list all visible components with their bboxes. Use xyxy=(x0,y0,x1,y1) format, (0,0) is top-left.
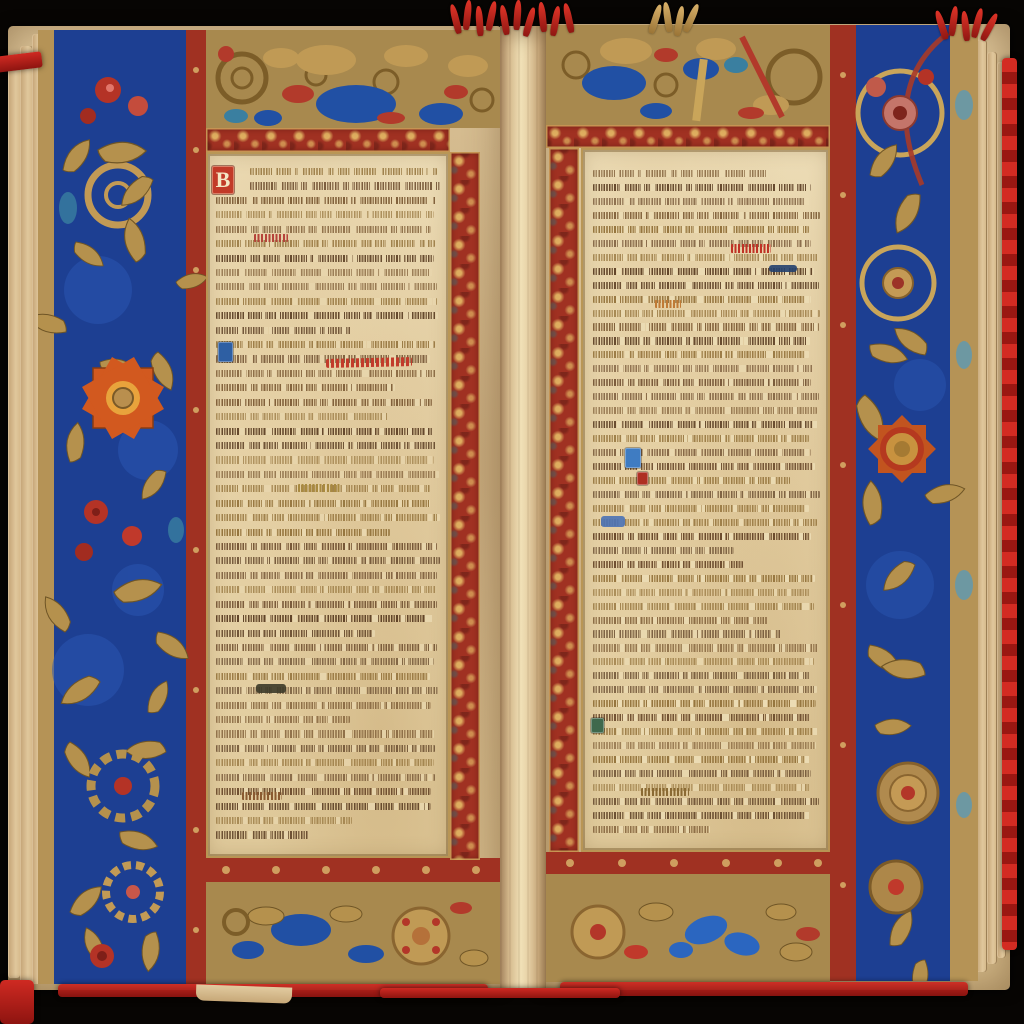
text-line xyxy=(593,686,817,693)
text-line xyxy=(216,413,388,420)
text-line xyxy=(216,759,434,766)
text-line xyxy=(593,407,817,414)
text-line xyxy=(593,644,818,651)
text-line xyxy=(593,421,818,428)
red-fringe-tassels xyxy=(936,6,1006,52)
text-line xyxy=(216,283,437,290)
text-line xyxy=(593,351,809,358)
text-line xyxy=(216,298,437,305)
left-floral-border xyxy=(38,30,206,984)
text-line xyxy=(593,672,810,679)
text-line xyxy=(216,471,439,478)
text-line xyxy=(593,477,790,484)
text-line xyxy=(593,379,811,386)
text-line xyxy=(216,774,435,781)
text-line xyxy=(593,337,810,344)
text-line xyxy=(593,365,813,372)
red-scroll-row-right xyxy=(546,125,830,148)
text-line xyxy=(593,575,815,582)
text-line xyxy=(216,327,351,334)
text-line xyxy=(216,226,431,233)
decoration-square xyxy=(218,342,233,362)
text-line xyxy=(216,615,433,622)
text-line xyxy=(216,514,440,521)
decoration-word xyxy=(298,484,340,492)
decoration-word xyxy=(242,792,282,800)
red-scroll-row-left xyxy=(206,128,450,152)
text-line xyxy=(250,168,437,175)
text-line xyxy=(593,212,820,219)
scroll-band-art xyxy=(546,25,830,125)
text-line xyxy=(216,673,430,680)
text-line xyxy=(216,211,434,218)
text-line xyxy=(216,500,430,507)
text-line xyxy=(593,617,768,624)
floral-border-art xyxy=(830,25,978,981)
sun-orb-motif xyxy=(868,415,936,483)
text-line xyxy=(216,817,352,824)
text-line xyxy=(216,803,431,810)
text-line xyxy=(216,341,435,348)
decoration-blob xyxy=(601,516,625,527)
text-line xyxy=(593,589,810,596)
decoration-blob xyxy=(256,684,286,693)
text-line xyxy=(593,784,810,791)
text-line xyxy=(593,296,811,303)
text-line xyxy=(216,687,438,694)
text-line xyxy=(216,255,434,262)
text-line xyxy=(216,716,350,723)
text-line xyxy=(593,658,814,665)
text-line xyxy=(593,603,814,610)
bottom-border-left-page xyxy=(206,858,500,984)
red-cloth-sliver xyxy=(0,980,34,1024)
text-line xyxy=(593,714,810,721)
text-line xyxy=(593,630,781,637)
red-binding-cloth xyxy=(1002,58,1017,950)
text-line xyxy=(593,310,820,317)
floral-border-art xyxy=(38,30,206,984)
text-line xyxy=(593,282,819,289)
text-line xyxy=(216,240,435,247)
page-edge-stack-right xyxy=(987,52,997,964)
text-line xyxy=(593,393,819,400)
text-line xyxy=(216,572,437,579)
text-line xyxy=(593,254,818,261)
text-line xyxy=(216,543,437,550)
inner-scroll-strip-right-page xyxy=(549,148,579,852)
torn-parchment-edge xyxy=(196,984,292,1003)
text-line xyxy=(593,435,809,442)
text-line xyxy=(593,533,811,540)
gutter-fold xyxy=(500,26,546,992)
text-line xyxy=(216,601,437,608)
scroll-band-art xyxy=(206,858,500,984)
text-line xyxy=(216,269,432,276)
text-line xyxy=(216,702,431,709)
red-fringe-tassels xyxy=(448,0,588,52)
decoration-square xyxy=(591,718,604,733)
text-line xyxy=(593,226,809,233)
text-line xyxy=(250,182,441,189)
text-line xyxy=(593,700,816,707)
text-line xyxy=(216,586,436,593)
right-text-block xyxy=(581,148,830,852)
text-line xyxy=(593,826,710,833)
decoration-square xyxy=(625,448,641,468)
text-line xyxy=(216,529,390,536)
text-line xyxy=(216,730,434,737)
text-line xyxy=(216,428,433,435)
text-line xyxy=(216,312,438,319)
text-line xyxy=(593,756,810,763)
decoration-word xyxy=(641,788,689,796)
red-cloth-sliver xyxy=(560,982,968,996)
text-line xyxy=(593,812,810,819)
text-line xyxy=(593,742,816,749)
text-line xyxy=(216,557,440,564)
sunburst-motif xyxy=(82,357,164,439)
text-line xyxy=(216,658,434,665)
top-border-right-page xyxy=(546,25,830,125)
medallion-motif xyxy=(572,906,624,958)
text-line xyxy=(216,456,434,463)
text-line xyxy=(593,561,743,568)
bottom-border-right-page xyxy=(546,852,830,982)
text-line xyxy=(216,399,432,406)
text-line xyxy=(216,831,308,838)
text-line xyxy=(593,519,817,526)
text-line xyxy=(593,770,811,777)
text-line xyxy=(216,745,435,752)
text-line xyxy=(593,170,768,177)
decoration-square xyxy=(637,472,648,485)
scroll-band-art xyxy=(546,852,830,982)
text-line xyxy=(216,644,437,651)
text-line xyxy=(593,505,809,512)
text-line xyxy=(216,384,395,391)
decoration-word xyxy=(254,234,288,242)
inner-scroll-strip-left-page xyxy=(450,152,480,860)
text-line xyxy=(593,240,811,247)
text-line xyxy=(216,442,436,449)
text-line xyxy=(216,370,436,377)
text-line xyxy=(593,491,820,498)
text-line xyxy=(593,198,809,205)
decoration-rubric xyxy=(326,357,412,368)
rosette-motif xyxy=(393,908,449,964)
text-line xyxy=(593,798,819,805)
text-line xyxy=(216,197,436,204)
text-line xyxy=(593,547,734,554)
left-text-block: B xyxy=(206,152,450,858)
text-line xyxy=(216,630,375,637)
red-cloth-sliver xyxy=(380,988,620,998)
text-line xyxy=(593,323,819,330)
decoration-word xyxy=(655,300,681,308)
illuminated-initial-B: B xyxy=(212,166,234,194)
text-line xyxy=(593,184,811,191)
text-line xyxy=(593,728,818,735)
manuscript-photograph: B xyxy=(0,0,1024,1024)
decoration-word xyxy=(731,244,771,253)
right-floral-border xyxy=(830,25,978,981)
decoration-blob xyxy=(769,265,797,272)
gold-tassel xyxy=(650,2,710,38)
